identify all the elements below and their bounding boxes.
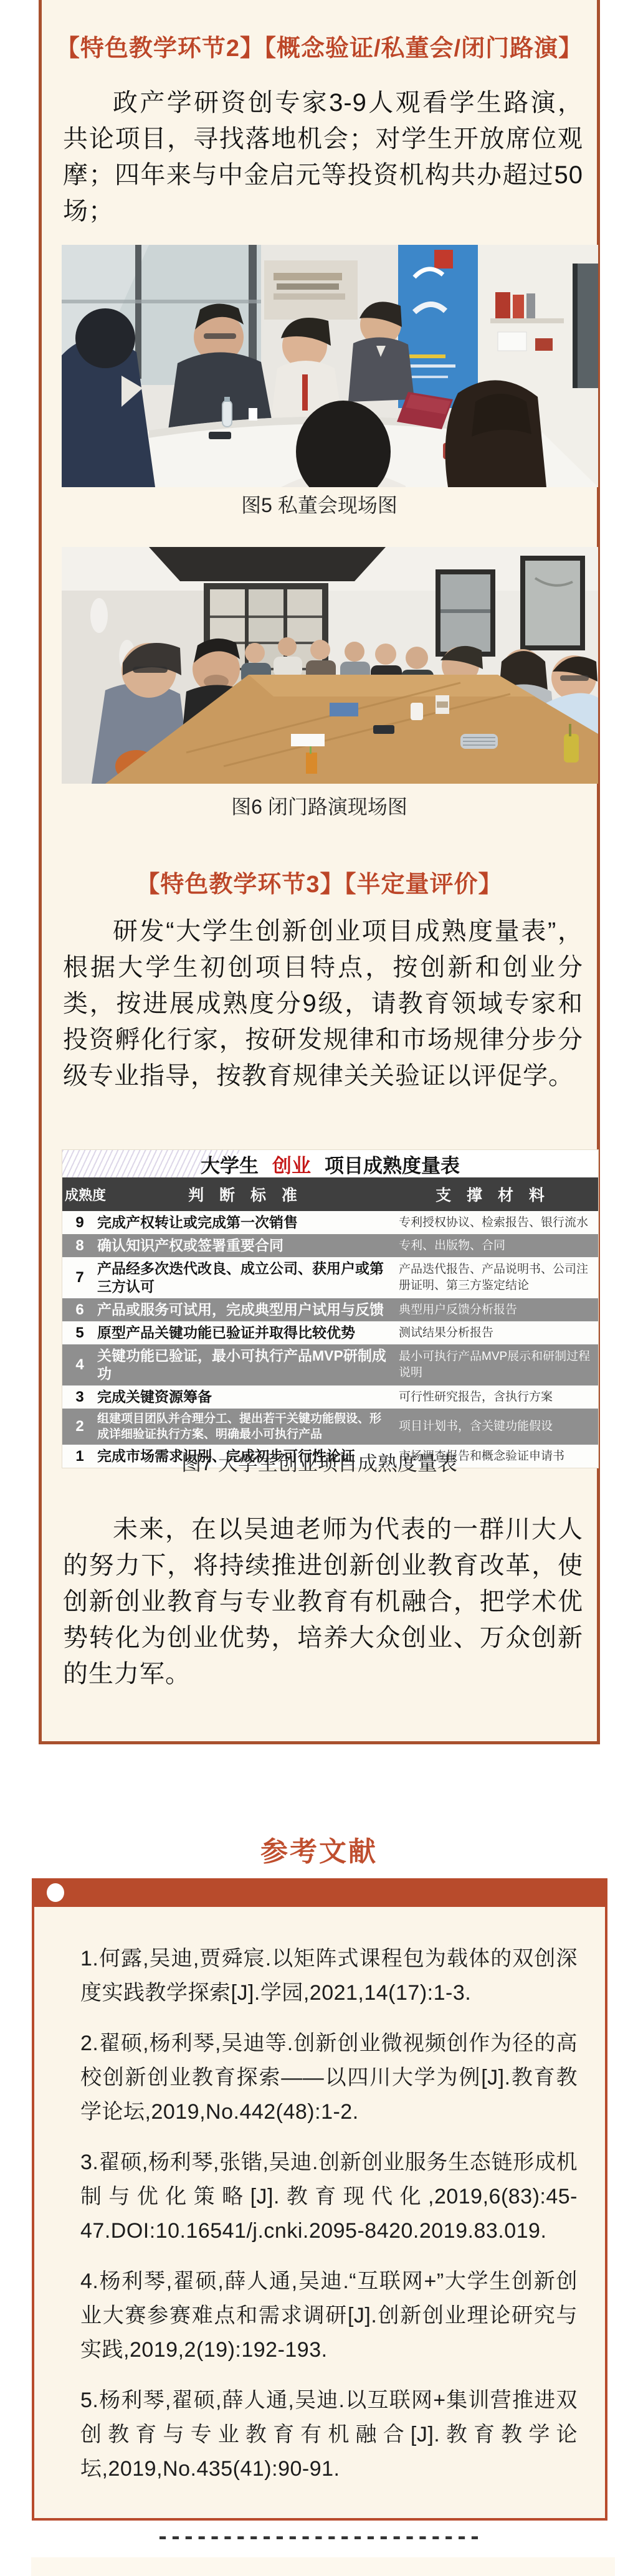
paper-stack — [264, 260, 358, 320]
table-cell-materials: 最小可执行产品MVP展示和研制过程说明 — [394, 1346, 598, 1384]
figure7-caption: 图7 大学生创业项目成熟度量表 — [42, 1448, 597, 1476]
dashed-divider: ------------------------- — [0, 2524, 638, 2549]
article-card: 【特色教学环节2】【概念验证/私董会/闭门路演】 政产学研资创专家3-9人观看学… — [39, 0, 600, 1744]
figure6-photo — [62, 547, 598, 784]
meeting-room-scene — [62, 245, 598, 487]
table-row: 2 组建项目团队并合理分工、提出若干关键功能假设、形成详细验证执行方案、明确最小… — [62, 1409, 598, 1445]
bullet-dot — [47, 1883, 64, 1902]
section2-paragraph: 政产学研资创专家3-9人观看学生路演，共论项目，寻找落地机会；对学生开放席位观摩… — [63, 85, 583, 229]
roadshow-room-scene — [62, 547, 598, 784]
table-cell-materials: 测试结果分析报告 — [394, 1323, 598, 1344]
table-header-materials: 支 撑 材 料 — [388, 1183, 598, 1205]
table-row: 5 原型产品关键功能已验证并取得比较优势 测试结果分析报告 — [62, 1321, 598, 1344]
table-cell-level: 9 — [62, 1212, 97, 1234]
section3-title: 【特色教学环节3】【半定量评价】 — [42, 865, 597, 899]
figure5-caption: 图5 私董会现场图 — [42, 490, 597, 518]
figure5-photo — [62, 245, 598, 487]
table-cell-materials: 专利授权协议、检索报告、银行流水 — [394, 1212, 598, 1233]
table-cell-criteria: 确认知识产权或签署重要合同 — [97, 1234, 394, 1257]
reference-item: 4.杨利琴,翟硕,薛人通,吴迪.“互联网+”大学生创新创业大赛参赛难点和需求调研… — [80, 2265, 578, 2367]
table-row: 3 完成关键资源筹备 可行性研究报告，含执行方案 — [62, 1385, 598, 1409]
table-cell-criteria: 原型产品关键功能已验证并取得比较优势 — [97, 1321, 394, 1344]
references-list: 1.何露,吴迪,贾舜宸.以矩阵式课程包为载体的双创深度实践教学探索[J].学园,… — [32, 1907, 607, 2521]
table-row: 6 产品或服务可试用，完成典型用户试用与反馈 典型用户反馈分析报告 — [62, 1298, 598, 1321]
figure6-caption: 图6 闭门路演现场图 — [42, 791, 597, 820]
reference-item: 2.翟硕,杨利琴,吴迪等.创新创业微视频创作为径的高校创新创业教育探索——以四川… — [80, 2027, 578, 2129]
table-cell-level: 7 — [62, 1267, 97, 1289]
table-cell-level: 6 — [62, 1299, 97, 1321]
references-card: 1.何露,吴迪,贾舜宸.以矩阵式课程包为载体的双创深度实践教学探索[J].学园,… — [32, 1878, 607, 2521]
table-row: 8 确认知识产权或签署重要合同 专利、出版物、合同 — [62, 1234, 598, 1257]
table-cell-criteria: 组建项目团队并合理分工、提出若干关键功能假设、形成详细验证执行方案、明确最小可执… — [97, 1409, 394, 1445]
table-cell-criteria: 产品经多次迭代改良、成立公司、获用户或第三方认可 — [97, 1257, 394, 1298]
table-cell-materials: 可行性研究报告，含执行方案 — [394, 1387, 598, 1408]
reference-item: 5.杨利琴,翟硕,薛人通,吴迪.以互联网+集训营推进双创教育与专业教育有机融合[… — [80, 2384, 578, 2486]
table-title-prefix: 大学生 — [201, 1150, 259, 1177]
table-cell-criteria: 关键功能已验证，最小可执行产品MVP研制成功 — [97, 1344, 394, 1385]
table-row: 4 关键功能已验证，最小可执行产品MVP研制成功 最小可执行产品MVP展示和研制… — [62, 1344, 598, 1385]
table-cell-criteria: 产品或服务可试用，完成典型用户试用与反馈 — [97, 1298, 394, 1321]
table-cell-level: 8 — [62, 1235, 97, 1257]
table-body: 9 完成产权转让或完成第一次销售 专利授权协议、检索报告、银行流水 8 确认知识… — [62, 1211, 598, 1468]
maturity-table: 大学生 创业 项目成熟度量表 成熟度 判 断 标 准 支 撑 材 料 9 完成产… — [62, 1150, 598, 1468]
table-cell-materials: 典型用户反馈分析报告 — [394, 1300, 598, 1321]
table-cell-criteria: 完成产权转让或完成第一次销售 — [97, 1211, 394, 1234]
section2-title: 【特色教学环节2】【概念验证/私董会/闭门路演】 — [42, 29, 597, 63]
article-page: 【特色教学环节2】【概念验证/私董会/闭门路演】 政产学研资创专家3-9人观看学… — [0, 0, 638, 2576]
reference-item: 3.翟硕,杨利琴,张锴,吴迪.创新创业服务生态链形成机制与优化策略[J].教育现… — [80, 2146, 578, 2248]
table-cell-level: 5 — [62, 1322, 97, 1344]
table-row: 7 产品经多次迭代改良、成立公司、获用户或第三方认可 产品迭代报告、产品说明书、… — [62, 1257, 598, 1298]
table-header-level: 成熟度 — [62, 1185, 103, 1204]
reference-item: 1.何露,吴迪,贾舜宸.以矩阵式课程包为载体的双创深度实践教学探索[J].学园,… — [80, 1942, 578, 2010]
table-cell-criteria: 完成关键资源筹备 — [97, 1385, 394, 1409]
table-cell-materials: 产品迭代报告、产品说明书、公司注册证明、第三方鉴定结论 — [394, 1259, 598, 1296]
table-row: 9 完成产权转让或完成第一次销售 专利授权协议、检索报告、银行流水 — [62, 1211, 598, 1234]
table-cell-level: 4 — [62, 1354, 97, 1376]
table-header-criteria: 判 断 标 准 — [103, 1183, 388, 1205]
table-cell-level: 2 — [62, 1415, 97, 1438]
table-title-highlight: 创业 — [272, 1150, 311, 1177]
table-cell-materials: 专利、出版物、合同 — [394, 1235, 598, 1257]
section3-paragraph: 研发“大学生创新创业项目成熟度量表”，根据大学生初创项目特点，按创新和创业分类，… — [63, 913, 583, 1094]
next-section-card-edge — [31, 2557, 615, 2576]
person-longhair-woman — [445, 380, 546, 487]
table-cell-materials: 项目计划书，含关键功能假设 — [394, 1416, 598, 1437]
table-cell-level: 3 — [62, 1386, 97, 1409]
references-card-header-band — [32, 1878, 607, 1907]
table-header-row: 成熟度 判 断 标 准 支 撑 材 料 — [62, 1177, 598, 1211]
references-title: 参考文献 — [0, 1829, 638, 1869]
table-title-suffix: 项目成熟度量表 — [325, 1150, 460, 1177]
maturity-table-title: 大学生 创业 项目成熟度量表 — [62, 1150, 598, 1177]
closing-paragraph: 未来，在以吴迪老师为代表的一群川大人的努力下，将持续推进创新创业教育改革，使创新… — [63, 1511, 583, 1692]
